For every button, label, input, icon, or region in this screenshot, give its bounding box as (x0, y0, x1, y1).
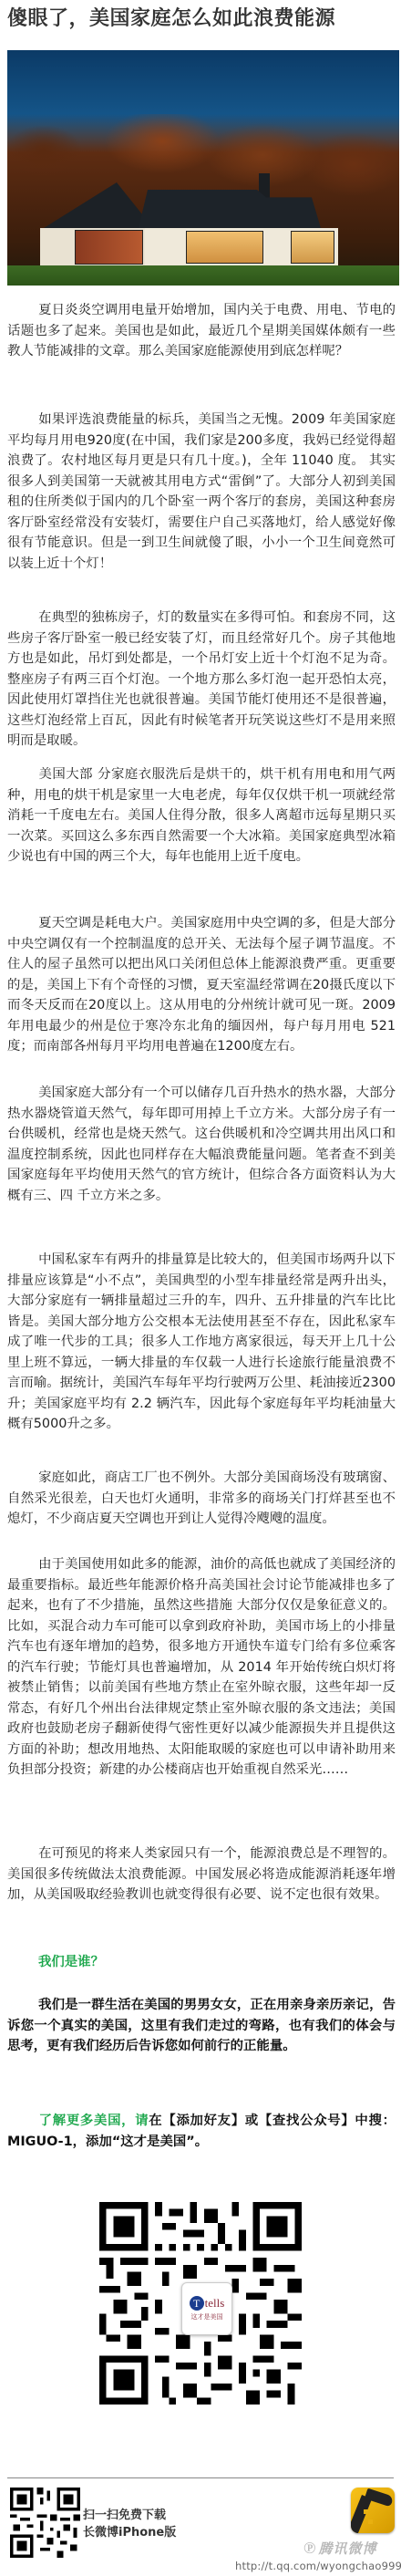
paragraph-text: 夏天空调是耗电大户。美国家庭用中央空调的多，但是大部分中央空调仅有一个控制温度的… (7, 916, 396, 1054)
paragraph-text: 如果评选浪费能量的标兵，美国当之无愧。2009 年美国家庭平均每月用电920度(… (7, 412, 396, 571)
paragraph-1: 夏日炎炎空调用电量开始增加，国内关于电费、用电、节电的话题也多了起来。美国也是如… (7, 300, 396, 362)
who-heading: 我们是谁？ (7, 1952, 396, 1973)
scan-line-1: 扫一扫免费下载 (83, 2507, 176, 2524)
tencent-weibo-logo: ℗腾讯微博 (303, 2539, 376, 2558)
tells-logo: T tells 这才是美国 (181, 2282, 232, 2335)
paragraph-text: 由于美国使用如此多的能源，油价的高低也就成了美国经济的最重要指标。最近些年能源价… (7, 1557, 396, 1777)
tells-logo-caption: 这才是美国 (191, 2312, 223, 2322)
paragraph-9: 由于美国使用如此多的能源，油价的高低也就成了美国经济的最重要指标。最近些年能源价… (7, 1554, 396, 1781)
paragraph-5: 夏天空调是耗电大户。美国家庭用中央空调的多，但是大部分中央空调仅有一个控制温度的… (7, 913, 396, 1057)
paragraph-text: 在可预见的将来人类家园只有一个，能源浪费总是不理智的。美国很多传统做法太浪费能源… (7, 1846, 396, 1902)
app-download-qr-code (10, 2488, 80, 2558)
hero-lawn (7, 265, 399, 286)
cta-green-text: 了解更多美国，请 (38, 2114, 149, 2128)
paragraph-text: 美国家庭大部分有一个可以储存几百升热水的热水器，大部分热水器烧管道天然气，每年即… (7, 1085, 396, 1203)
paragraph-text: 美国大部 分家庭衣服洗后是烘干的，烘干机有用电和用气两种，用电的烘干机是家里一大… (7, 767, 396, 864)
paragraph-6: 美国家庭大部分有一个可以储存几百升热水的热水器，大部分热水器烧管道天然气，每年即… (7, 1083, 396, 1206)
scan-line-2: 长微博iPhone版 (83, 2524, 176, 2541)
paragraph-4: 美国大部 分家庭衣服洗后是烘干的，烘干机有用电和用气两种，用电的烘干机是家里一大… (7, 764, 396, 867)
paragraph-3: 在典型的独栋房子，灯的数量实在多得可怕。和套房不同，这些房子客厅卧室一般已经安装… (7, 608, 396, 752)
paragraph-8: 家庭如此，商店工厂也不例外。大部分美国商场没有玻璃窗、自然采光很差，白天也灯火通… (7, 1468, 396, 1530)
paragraph-text: 夏日炎炎空调用电量开始增加，国内关于电费、用电、节电的话题也多了起来。美国也是如… (7, 303, 396, 358)
paragraph-10: 在可预见的将来人类家园只有一个，能源浪费总是不理智的。美国很多传统做法太浪费能源… (7, 1844, 396, 1906)
who-paragraph: 我们是一群生活在美国的男男女女，正在用亲身亲历亲记，告诉您一个真实的美国，这里有… (7, 1995, 396, 2057)
app-download-text: 扫一扫免费下载 长微博iPhone版 (83, 2507, 176, 2541)
giraffe-app-icon (351, 2488, 395, 2533)
wechat-qr-code: T tells 这才是美国 (99, 2201, 302, 2405)
hero-image (7, 50, 399, 286)
cta-paragraph: 了解更多美国，请在【添加好友】或【查找公众号】中搜：MIGUO-1，添加“这才是… (7, 2111, 396, 2152)
footer-divider (7, 2477, 394, 2478)
article-title: 傻眼了，美国家庭怎么如此浪费能源 (7, 5, 335, 33)
paragraph-text: 在典型的独栋房子，灯的数量实在多得可怕。和套房不同，这些房子客厅卧室一般已经安装… (7, 610, 396, 748)
brand-name: 腾讯微博 (318, 2540, 376, 2557)
who-heading-text: 我们是谁？ (38, 1955, 104, 1969)
paragraph-7: 中国私家车有两升的排量算是比较大的，但美国市场两升以下排量应该算是“小不点”，美… (7, 1250, 396, 1435)
paragraph-text: 家庭如此，商店工厂也不例外。大部分美国商场没有玻璃窗、自然采光很差，白天也灯火通… (7, 1470, 396, 1526)
weibo-url: http://t.qq.com/wyongchao999 (235, 2560, 401, 2572)
paragraph-2: 如果评选浪费能量的标兵，美国当之无愧。2009 年美国家庭平均每月用电920度(… (7, 410, 396, 574)
weibo-p-icon: ℗ (303, 2539, 316, 2558)
tells-logo-word: tells (205, 2296, 225, 2311)
hero-house (40, 182, 341, 269)
who-text: 我们是一群生活在美国的男男女女，正在用亲身亲历亲记，告诉您一个真实的美国，这里有… (7, 1998, 396, 2053)
tells-logo-letter: T (190, 2296, 204, 2311)
paragraph-text: 中国私家车有两升的排量算是比较大的，但美国市场两升以下排量应该算是“小不点”，美… (7, 1252, 396, 1431)
